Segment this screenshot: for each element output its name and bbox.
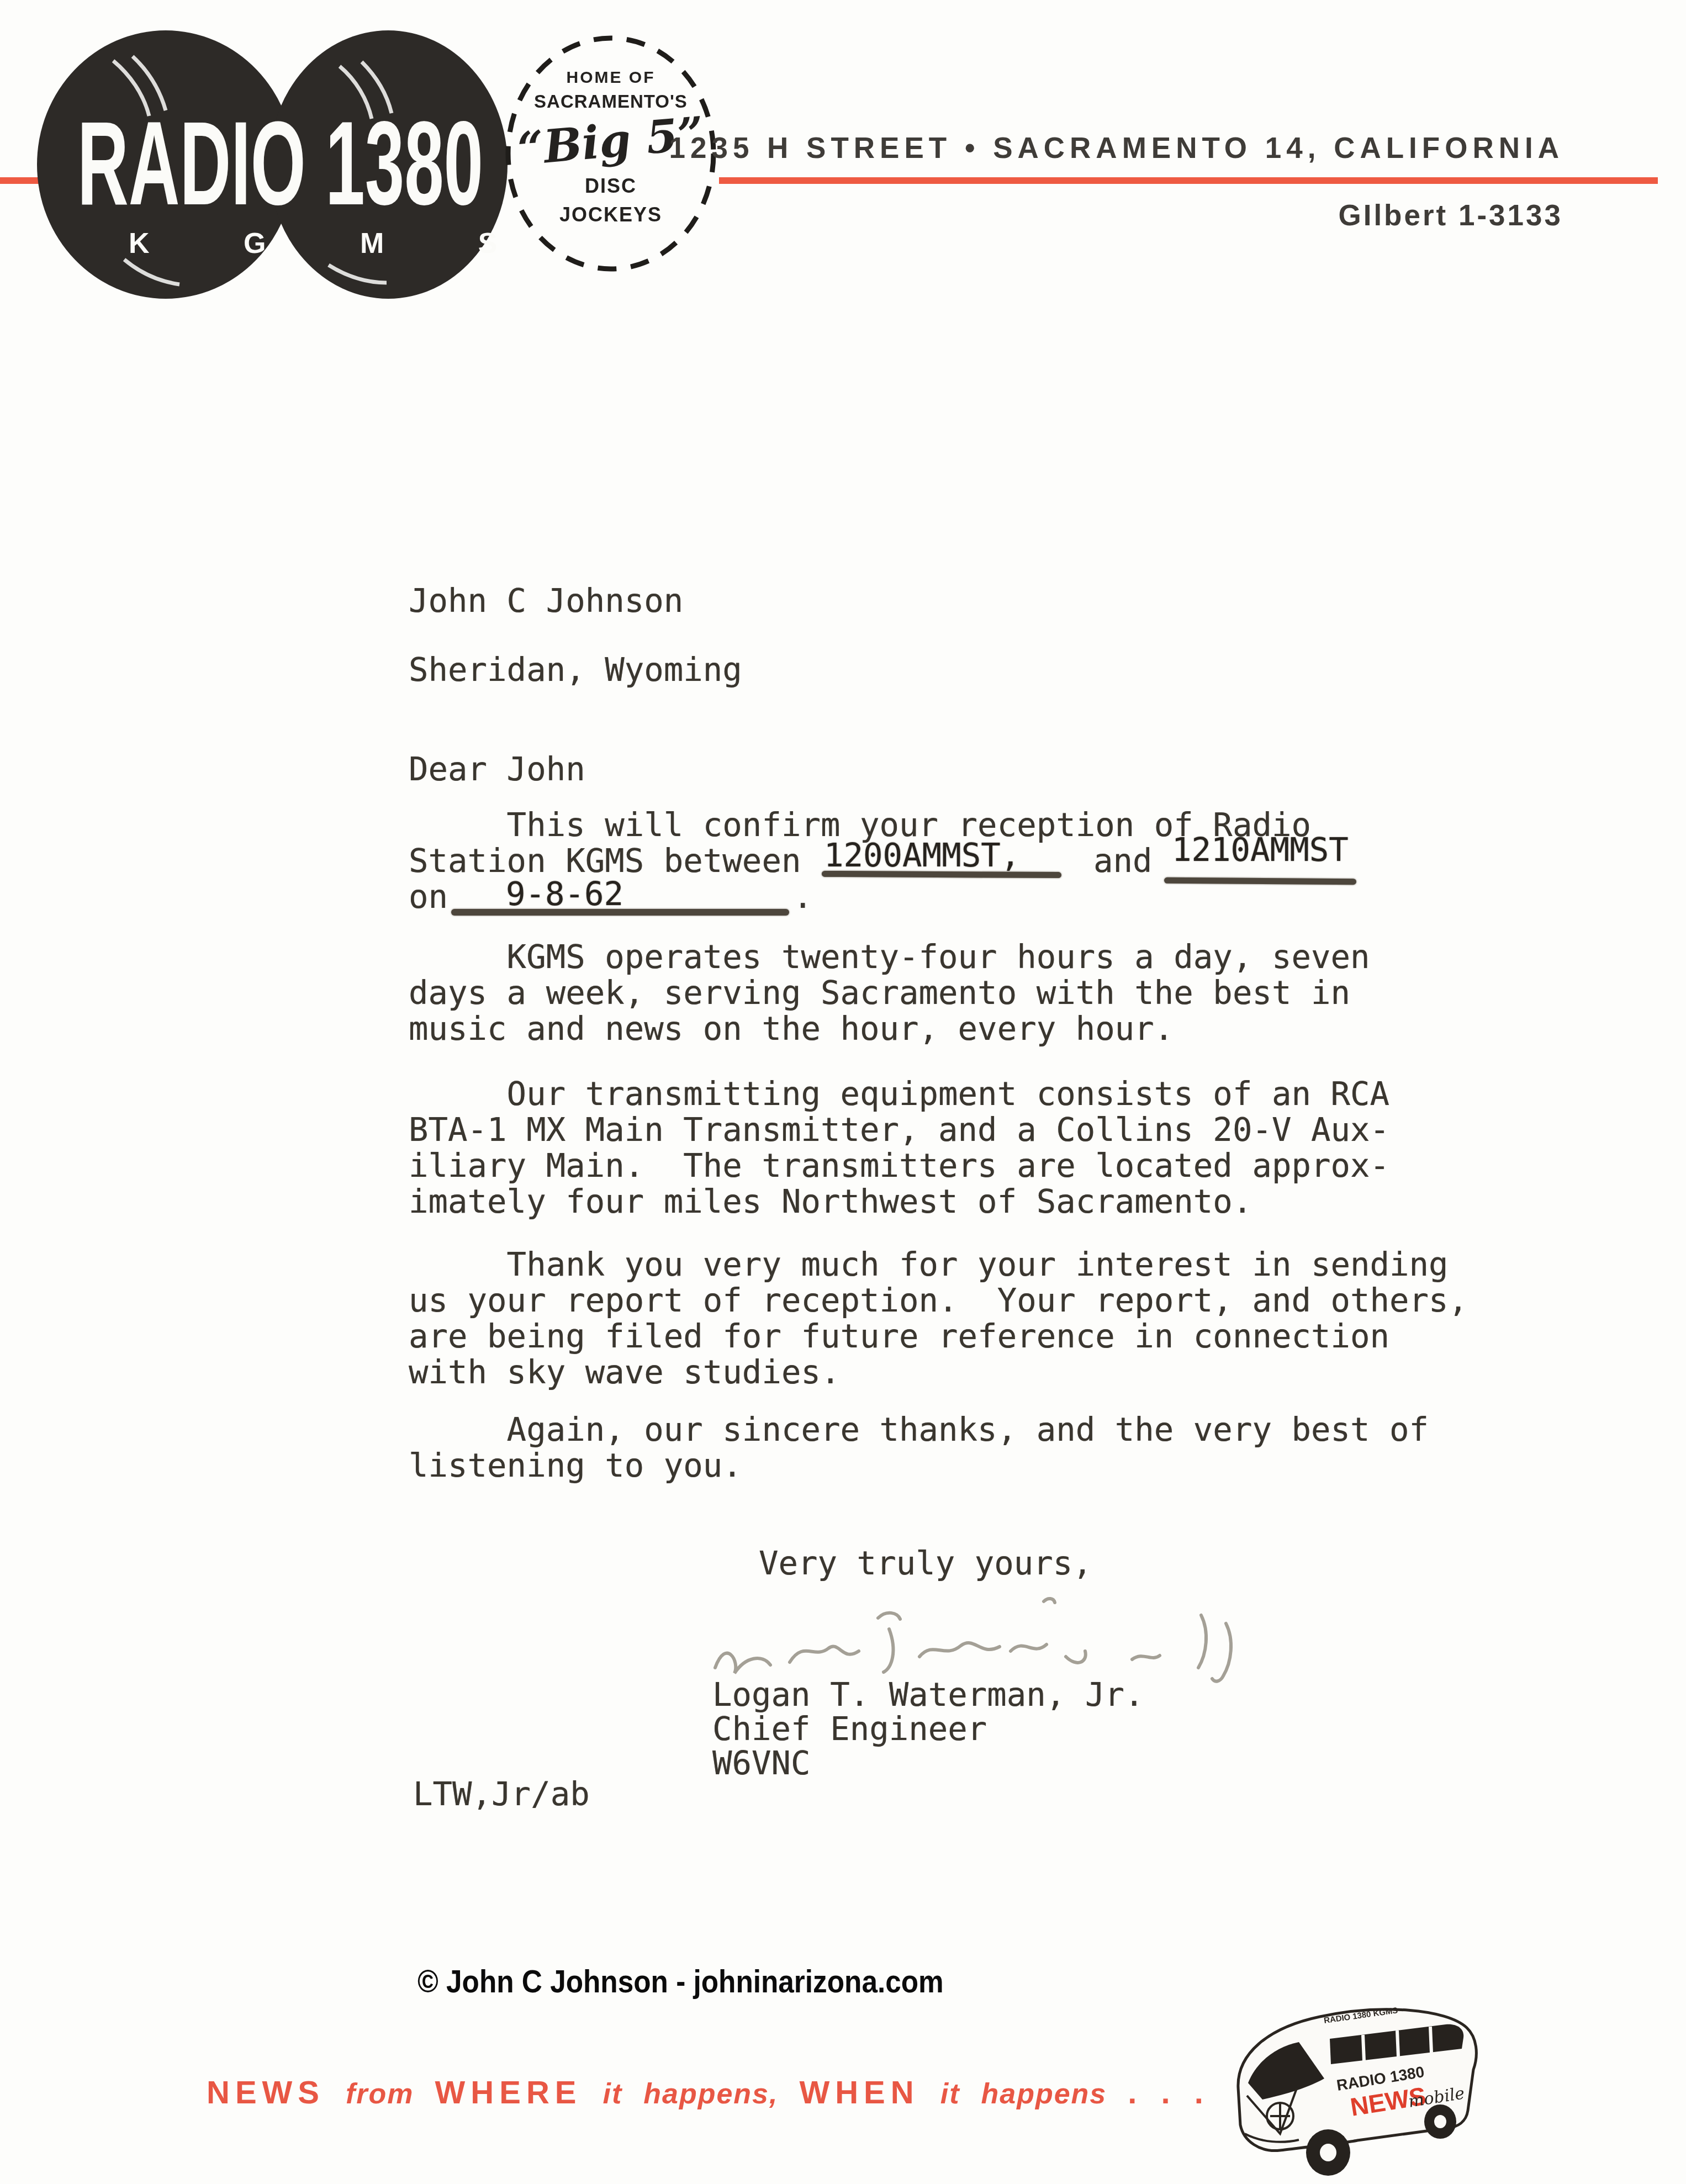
para1-line2-prefix: Station KGMS between <box>409 843 801 879</box>
qsl-letter-scan: RADIO 1380 K G M S HOME OF SACRAMENTO'S … <box>0 0 1686 2184</box>
radio-1380-records-logo: RADIO 1380 K G M S <box>30 22 516 309</box>
slogan-where: WHERE <box>435 2074 582 2111</box>
footer-slogan: NEWS from WHERE it happens, WHEN it happ… <box>207 2074 1211 2111</box>
blank-underline-from <box>822 871 1061 878</box>
paragraph-4: Thank you very much for your interest in… <box>409 1246 1468 1390</box>
blank-underline-to <box>1164 877 1356 885</box>
copyright-watermark: © John C Johnson - johninarizona.com <box>417 1964 944 2000</box>
blank-time-to: 1210AMMST <box>1172 832 1349 868</box>
logo-station-text: RADIO 1380 <box>77 97 483 230</box>
salutation: Dear John <box>409 751 585 787</box>
station-phone: GIlbert 1-3133 <box>1338 199 1563 232</box>
paragraph-3: Our transmitting equipment consists of a… <box>409 1076 1389 1219</box>
station-address: 1235 H STREET • SACRAMENTO 14, CALIFORNI… <box>669 131 1564 165</box>
reference-initials: LTW,Jr/ab <box>413 1776 590 1812</box>
blank-time-from: 1200AMMST, <box>824 837 1020 873</box>
badge-line-home-of: HOME OF <box>503 68 719 87</box>
slogan-news: NEWS <box>207 2074 325 2111</box>
slogan-ellipsis: . . . <box>1128 2074 1211 2111</box>
slogan-happens-2: happens <box>981 2077 1107 2111</box>
signer-callsign: W6VNC <box>712 1745 811 1781</box>
para1-line3-on: on <box>409 879 448 914</box>
signature-scrawl <box>701 1585 1287 1690</box>
slogan-it-2: it <box>940 2077 960 2111</box>
closing: Very truly yours, <box>759 1545 1092 1581</box>
red-rule-right <box>719 177 1658 184</box>
paragraph-5: Again, our sincere thanks, and the very … <box>409 1411 1429 1483</box>
news-van-illustration: RADIO 1380 KGMS RADIO 1380 NEWS mobile <box>1215 1977 1502 2184</box>
slogan-happens-1: happens, <box>643 2077 778 2111</box>
badge-line-disc: DISC <box>503 174 719 198</box>
badge-line-jockeys: JOCKEYS <box>503 203 719 226</box>
recipient-city: Sheridan, Wyoming <box>409 652 742 688</box>
blank-date: 9-8-62 <box>506 876 623 912</box>
slogan-when: WHEN <box>799 2074 919 2111</box>
para1-line3-period: . <box>793 879 813 914</box>
logo-callsign-text: K G M S <box>129 228 516 260</box>
para1-line2-and: and <box>1093 843 1153 879</box>
slogan-from: from <box>346 2077 414 2111</box>
signer-title: Chief Engineer <box>712 1711 987 1747</box>
paragraph-2: KGMS operates twenty-four hours a day, s… <box>409 939 1370 1046</box>
recipient-name: John C Johnson <box>409 583 683 618</box>
blank-underline-date <box>451 909 789 916</box>
slogan-it-1: it <box>602 2077 622 2111</box>
